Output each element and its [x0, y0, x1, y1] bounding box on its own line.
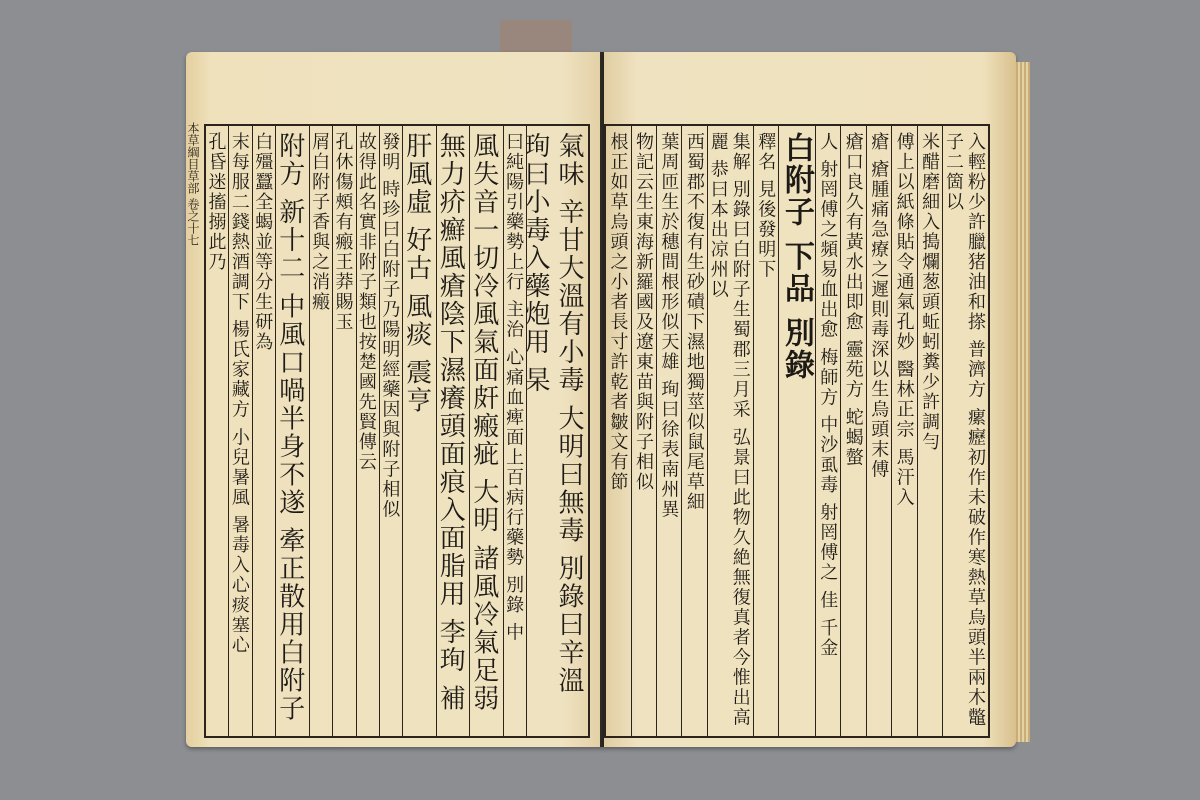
- entry-heading: 白附子 下品 別錄: [778, 126, 815, 736]
- text-column: 風失音一切冷風氣面皯瘢疵 大明 諸風冷氣足弱: [469, 126, 502, 736]
- text-column: 肝風虛 好古 風痰 震亨: [402, 126, 435, 736]
- text-column: 瘡口良久有黃水出即愈 靈苑方 蛇蝎螫: [840, 126, 865, 736]
- right-page: 入輕粉少許臘猪油和搽 普濟方 瘰癧初作未破作寒熱草烏頭半兩木鼈子二箇以 米醋磨細…: [604, 52, 1016, 747]
- left-page: 本草綱目草部 卷之十七 氣味 辛甘大溫有小毒 大明曰無毒 別錄曰辛溫 珣曰小毒入…: [186, 52, 604, 747]
- text-column: 瘡 瘡腫痛急療之遲則毒深以生烏頭末傅: [866, 126, 891, 736]
- text-column: 葉周匝生於穗間根形似天雄 珣曰徐表南州異: [656, 126, 681, 736]
- text-column: 米醋磨細入搗爛葱頭蚯蚓糞少許調勻: [917, 126, 942, 736]
- text-column: 曰純陽引藥勢上行 主治 心痛血痺面上百病行藥勢 別錄 中: [503, 126, 526, 736]
- right-text-frame: 入輕粉少許臘猪油和搽 普濟方 瘰癧初作未破作寒熱草烏頭半兩木鼈子二箇以 米醋磨細…: [604, 124, 990, 738]
- text-column: 西蜀郡不復有生砂磧下濕地獨莖似鼠尾草細: [681, 126, 706, 736]
- text-column: 附方 新十二 中風口喎半身不遂 牽正散用白附子: [275, 126, 308, 736]
- left-text-frame: 氣味 辛甘大溫有小毒 大明曰無毒 別錄曰辛溫 珣曰小毒入藥炮用 杲 曰純陽引藥勢…: [204, 124, 590, 738]
- text-column: 入輕粉少許臘猪油和搽 普濟方 瘰癧初作未破作寒熱草烏頭半兩木鼈子二箇以: [942, 126, 988, 736]
- text-column: 末每服二錢熱酒調下 楊氏家藏方 小兒暑風 暑毒入心痰塞心: [228, 126, 251, 736]
- text-column: 故得此名實非附子類也按楚國先賢傳云: [356, 126, 379, 736]
- page-edges: [1016, 62, 1030, 742]
- text-column: 氣味 辛甘大溫有小毒 大明曰無毒 別錄曰辛溫 珣曰小毒入藥炮用 杲: [526, 126, 588, 736]
- text-column: 孔休傷頰有瘢王莽賜玉: [332, 126, 355, 736]
- text-column: 孔昏迷搐搦此乃: [206, 126, 228, 736]
- margin-title: 本草綱目草部 卷之十七: [188, 122, 202, 732]
- text-column: 釋名 見後發明下: [753, 126, 778, 736]
- text-column: 人 射罔傅之頻易血出愈 梅師方 中沙虱毒 射罔傅之 佳 千金: [815, 126, 840, 736]
- text-column: 傅上以紙條貼令通氣孔妙 醫林正宗 馬汗入: [891, 126, 916, 736]
- text-column: 無力疥癬風瘡陰下濕癢頭面痕入面脂用 李珣 補: [436, 126, 469, 736]
- text-column: 白殭蠶全蝎並等分生研為: [252, 126, 275, 736]
- text-column: 屑白附子香與之消瘢: [309, 126, 332, 736]
- text-column: 集解 別錄曰白附子生蜀郡三月采 弘景曰此物久絶無復真者今惟出高麗 恭曰本出凉州以: [707, 126, 753, 736]
- text-column: 根正如草烏頭之小者長寸許乾者皺文有節: [606, 126, 630, 736]
- open-book: 本草綱目草部 卷之十七 氣味 辛甘大溫有小毒 大明曰無毒 別錄曰辛溫 珣曰小毒入…: [186, 52, 1016, 752]
- text-column: 物記云生東海新羅國及遼東苗與附子相似: [631, 126, 656, 736]
- text-column: 發明 時珍曰白附子乃陽明經藥因與附子相似: [379, 126, 402, 736]
